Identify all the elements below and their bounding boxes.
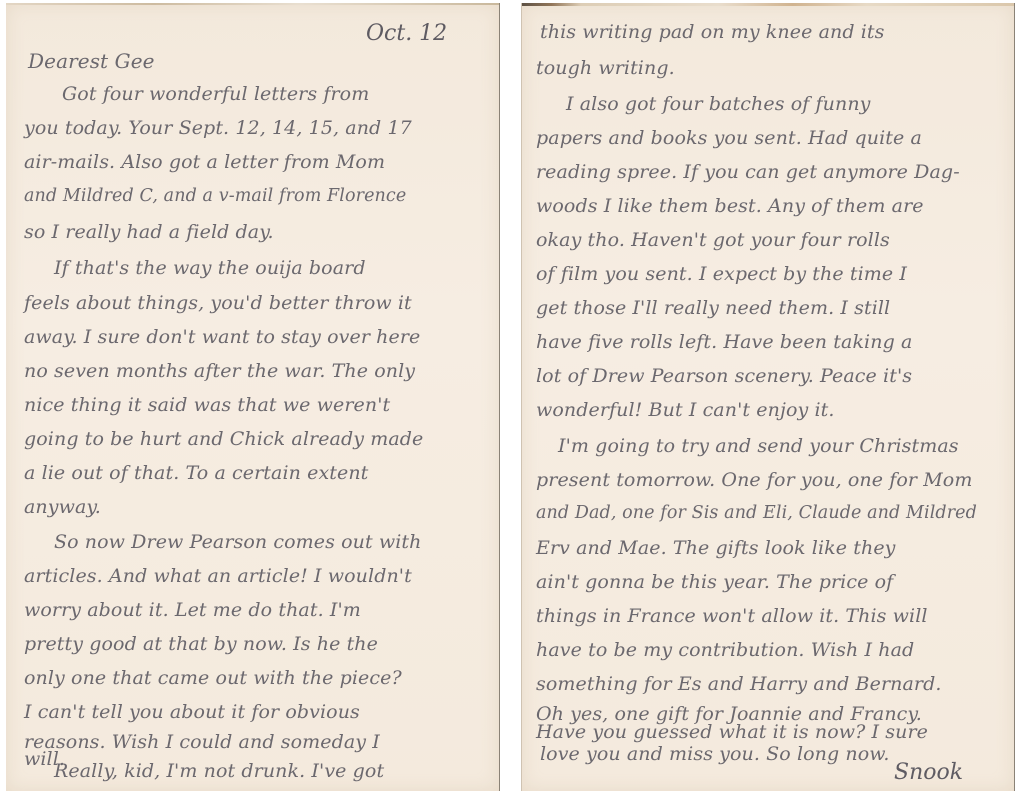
letter-line: reasons. Wish I could and someday I <box>24 731 380 753</box>
letter-line: papers and books you sent. Had quite a <box>536 127 922 149</box>
letter-line: and Mildred C, and a v-mail from Florenc… <box>24 186 406 206</box>
letter-line: I can't tell you about it for obvious <box>24 701 360 723</box>
letter-line: a lie out of that. To a certain extent <box>24 462 368 484</box>
letter-line: love you and miss you. So long now. <box>540 743 890 765</box>
letter-line: feels about things, you'd better throw i… <box>24 292 412 314</box>
letter-line: this writing pad on my knee and its <box>540 21 885 43</box>
letter-line: articles. And what an article! I wouldn'… <box>24 565 412 587</box>
letter-line: lot of Drew Pearson scenery. Peace it's <box>536 365 912 387</box>
letter-line: tough writing. <box>536 57 675 79</box>
letter-line: I also got four batches of funny <box>566 93 871 115</box>
letter-line: no seven months after the war. The only <box>24 360 415 382</box>
letter-page-right: this writing pad on my knee and its toug… <box>521 3 1015 791</box>
letter-line: nice thing it said was that we weren't <box>24 394 390 416</box>
letter-line: okay tho. Haven't got your four rolls <box>536 229 890 251</box>
letter-line: pretty good at that by now. Is he the <box>24 633 378 655</box>
letter-line: air-mails. Also got a letter from Mom <box>24 151 385 173</box>
letter-line: present tomorrow. One for you, one for M… <box>536 469 972 491</box>
letter-line: away. I sure don't want to stay over her… <box>24 326 420 348</box>
letter-line: have five rolls left. Have been taking a <box>536 331 912 353</box>
letter-line: worry about it. Let me do that. I'm <box>24 599 361 621</box>
letter-line: wonderful! But I can't enjoy it. <box>536 399 835 421</box>
letter-line: ain't gonna be this year. The price of <box>536 571 893 593</box>
letter-line: so I really had a field day. <box>24 221 274 243</box>
letter-line: of film you sent. I expect by the time I <box>536 263 907 285</box>
letter-line: get those I'll really need them. I still <box>536 297 890 319</box>
letter-line: have to be my contribution. Wish I had <box>536 639 914 661</box>
letter-line: something for Es and Harry and Bernard. <box>536 673 942 695</box>
letter-line: Got four wonderful letters from <box>62 83 369 105</box>
letter-line: Erv and Mae. The gifts look like they <box>536 537 896 559</box>
letter-line: I'm going to try and send your Christmas <box>558 435 959 457</box>
letter-line: If that's the way the ouija board <box>54 257 366 279</box>
letter-line: anyway. <box>24 496 101 518</box>
letter-line: So now Drew Pearson comes out with <box>54 531 421 553</box>
letter-page-left: Oct. 12 Dearest Gee Got four wonderful l… <box>6 3 500 791</box>
letter-line: you today. Your Sept. 12, 14, 15, and 17 <box>24 117 412 139</box>
letter-line: only one that came out with the piece? <box>24 667 402 689</box>
letter-date: Oct. 12 <box>366 21 447 46</box>
letter-line: Have you guessed what it is now? I sure <box>536 721 928 743</box>
letter-line: reading spree. If you can get anymore Da… <box>536 161 960 183</box>
letter-line: Really, kid, I'm not drunk. I've got <box>54 760 384 782</box>
letter-salutation: Dearest Gee <box>28 49 155 73</box>
letter-line: going to be hurt and Chick already made <box>24 428 423 450</box>
letter-signature: Snook <box>894 760 963 785</box>
letter-line: things in France won't allow it. This wi… <box>536 605 928 627</box>
letter-line: and Dad, one for Sis and Eli, Claude and… <box>536 503 977 523</box>
letter-line: woods I like them best. Any of them are <box>536 195 924 217</box>
